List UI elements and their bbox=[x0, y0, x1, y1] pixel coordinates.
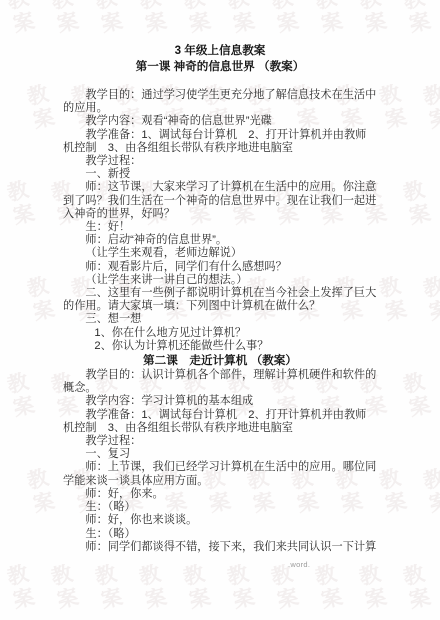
watermark-glyph: 教案 bbox=[19, 273, 60, 327]
watermark-glyph: 教案 bbox=[395, 561, 436, 615]
watermark-glyph: 教案 bbox=[87, 0, 128, 39]
paragraph: 教学内容：学习计算机的基本组成 bbox=[63, 395, 377, 408]
paragraph: 生：好！ bbox=[63, 221, 377, 234]
watermark-glyph: 教案 bbox=[307, 0, 348, 39]
watermark-glyph: 教案 bbox=[219, 561, 260, 615]
paragraph: 生：（略） bbox=[63, 501, 377, 514]
watermark-glyph: 教案 bbox=[219, 0, 260, 39]
watermark-glyph: 教案 bbox=[415, 465, 440, 519]
paragraph: 二、这里有一些例子都说明计算机在当今社会上发挥了巨大的作用。请大家填一填：下列图… bbox=[63, 287, 377, 313]
doc-title: 3 年级上信息教案 bbox=[63, 44, 377, 58]
watermark-glyph: 教案 bbox=[175, 561, 216, 615]
paragraph: 教学准备：1、调试每台计算机 2、打开计算机并由教师机控制 3、由各组组长带队有… bbox=[63, 409, 377, 435]
paragraph: 教学目的：通过学习使学生更充分地了解信息技术在生活中的应用。 bbox=[63, 89, 377, 115]
document-page: 教案教案教案教案教案教案教案教案教案教案教案教案教案教案教案教案教案教案教案教案… bbox=[0, 0, 440, 620]
document-body: 3 年级上信息教案 第一课 神奇的信息世界 （教案） 教学目的：通过学习使学生更… bbox=[63, 44, 377, 554]
watermark-glyph: 教案 bbox=[415, 273, 440, 327]
paragraph: 教学目的：认识计算机各个部件，理解计算机硬件和软件的概念。 bbox=[63, 369, 377, 395]
paragraph: 教学准备：1、调试每台计算机 2、打开计算机并由教师机控制 3、由各组组长带队有… bbox=[63, 129, 377, 155]
watermark-glyph: 教案 bbox=[351, 561, 392, 615]
paragraph: 教学过程： bbox=[63, 155, 377, 168]
paragraph: 一、新授 bbox=[63, 168, 377, 181]
watermark-glyph: 教案 bbox=[43, 0, 84, 39]
watermark-glyph: 教案 bbox=[0, 0, 39, 39]
lesson2-heading: 第二课 走近计算机 （教案） bbox=[63, 354, 377, 368]
paragraph: 教学内容：观看“神奇的信息世界”光碟 bbox=[63, 115, 377, 128]
watermark-glyph: 教案 bbox=[0, 561, 39, 615]
watermark-glyph: 教案 bbox=[87, 561, 128, 615]
paragraph: 一、复习 bbox=[63, 448, 377, 461]
watermark-glyph: 教案 bbox=[19, 81, 60, 135]
watermark-glyph: 教案 bbox=[175, 0, 216, 39]
watermark-glyph: 教案 bbox=[131, 561, 172, 615]
paragraph: 师：启动“神奇的信息世界”。 bbox=[63, 234, 377, 247]
footer-text: .word. bbox=[288, 560, 310, 569]
paragraph: 师：上节课，我们已经学习计算机在生活中的应用。哪位同学能来谈一谈具体应用方面。 bbox=[63, 461, 377, 487]
paragraph: （让学生来讲一讲自己的想法。） bbox=[63, 274, 377, 287]
watermark-glyph: 教案 bbox=[395, 0, 436, 39]
watermark-glyph: 教案 bbox=[415, 81, 440, 135]
watermark-glyph: 教案 bbox=[263, 0, 304, 39]
watermark-glyph: 教案 bbox=[351, 0, 392, 39]
paragraph: 教学过程： bbox=[63, 435, 377, 448]
paragraph: 生：（略） bbox=[63, 528, 377, 541]
lesson1-heading: 第一课 神奇的信息世界 （教案） bbox=[63, 60, 377, 74]
watermark-glyph: 教案 bbox=[19, 465, 60, 519]
paragraph: （让学生来观看，老师边解说） bbox=[63, 247, 377, 260]
paragraph: 师：观看影片后，同学们有什么感想吗？ bbox=[63, 261, 377, 274]
watermark-glyph: 教案 bbox=[307, 561, 348, 615]
watermark-glyph: 教案 bbox=[0, 177, 39, 231]
paragraph: 师：这节课，大家来学习了计算机在生活中的应用。你注意到了吗？我们生活在一个神奇的… bbox=[63, 181, 377, 221]
paragraph: 师：好，你来。 bbox=[63, 488, 377, 501]
paragraph: 三、想一想 bbox=[63, 313, 377, 326]
watermark-glyph: 教案 bbox=[263, 561, 304, 615]
paragraph: 师：好，你也来谈谈。 bbox=[63, 514, 377, 527]
list-item: 1、你在什么地方见过计算机？ bbox=[63, 327, 377, 340]
watermark-glyph: 教案 bbox=[131, 0, 172, 39]
watermark-glyph: 教案 bbox=[395, 369, 436, 423]
list-item: 2、你认为计算机还能做些什么事？ bbox=[63, 340, 377, 353]
watermark-glyph: 教案 bbox=[43, 561, 84, 615]
paragraph: 师：同学们都谈得不错，接下来，我们来共同认识一下计算 bbox=[63, 541, 377, 554]
watermark-glyph: 教案 bbox=[0, 369, 39, 423]
watermark-glyph: 教案 bbox=[395, 177, 436, 231]
